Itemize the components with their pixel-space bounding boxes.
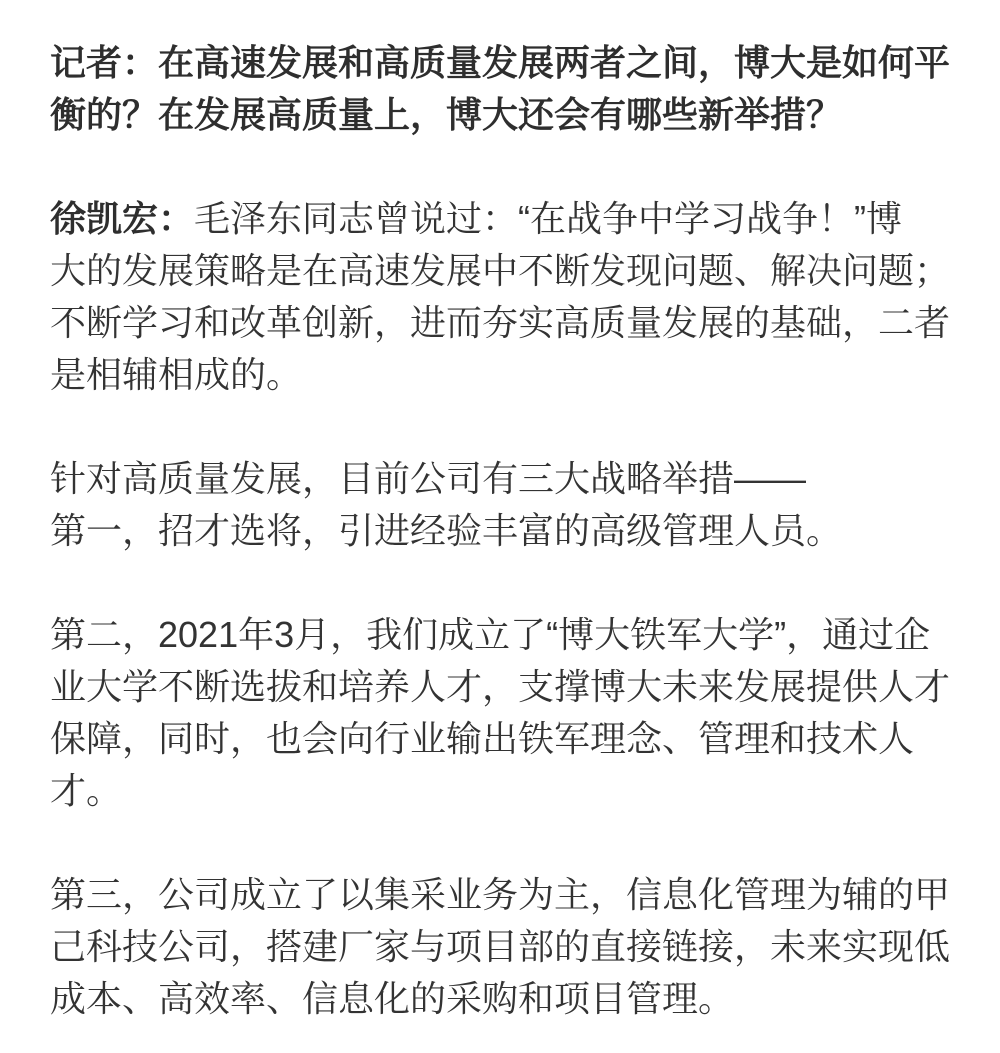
text-line: 大的发展策略是在高速发展中不断发现问题、解决问题；: [50, 245, 950, 297]
text-line: 徐凯宏：毛泽东同志曾说过：“在战争中学习战争！”博: [50, 193, 950, 245]
text-line: 针对高质量发展，目前公司有三大战略举措——: [50, 453, 950, 505]
text-line: 不断学习和改革创新，进而夯实高质量发展的基础，二者: [50, 297, 950, 349]
text-line: 第三，公司成立了以集采业务为主，信息化管理为辅的甲: [50, 869, 950, 921]
strategy-two-paragraph: 第二，2021年3月，我们成立了“博大铁军大学”，通过企 业大学不断选拔和培养人…: [50, 609, 950, 817]
answer-intro-paragraph: 徐凯宏：毛泽东同志曾说过：“在战争中学习战争！”博 大的发展策略是在高速发展中不…: [50, 193, 950, 401]
text-line: 成本、高效率、信息化的采购和项目管理。: [50, 973, 950, 1025]
text-line: 记者：在高速发展和高质量发展两者之间，博大是如何平: [50, 37, 950, 89]
article-body: 记者：在高速发展和高质量发展两者之间，博大是如何平 衡的？在发展高质量上，博大还…: [0, 0, 1000, 1053]
text-line: 第二，2021年3月，我们成立了“博大铁军大学”，通过企: [50, 609, 950, 661]
text-line: 是相辅相成的。: [50, 349, 950, 401]
text-line: 第一，招才选将，引进经验丰富的高级管理人员。: [50, 505, 950, 557]
text-line: 才。: [50, 765, 950, 817]
text-line: 业大学不断选拔和培养人才，支撑博大未来发展提供人才: [50, 661, 950, 713]
strategy-three-paragraph: 第三，公司成立了以集采业务为主，信息化管理为辅的甲 己科技公司，搭建厂家与项目部…: [50, 869, 950, 1025]
speaker-line-text: 毛泽东同志曾说过：“在战争中学习战争！”博: [194, 198, 902, 239]
text-line: 保障，同时，也会向行业输出铁军理念、管理和技术人: [50, 713, 950, 765]
strategy-overview-paragraph: 针对高质量发展，目前公司有三大战略举措—— 第一，招才选将，引进经验丰富的高级管…: [50, 453, 950, 557]
question-paragraph: 记者：在高速发展和高质量发展两者之间，博大是如何平 衡的？在发展高质量上，博大还…: [50, 37, 950, 141]
text-line: 衡的？在发展高质量上，博大还会有哪些新举措？: [50, 89, 950, 141]
speaker-name: 徐凯宏：: [50, 198, 194, 239]
text-line: 己科技公司，搭建厂家与项目部的直接链接，未来实现低: [50, 921, 950, 973]
